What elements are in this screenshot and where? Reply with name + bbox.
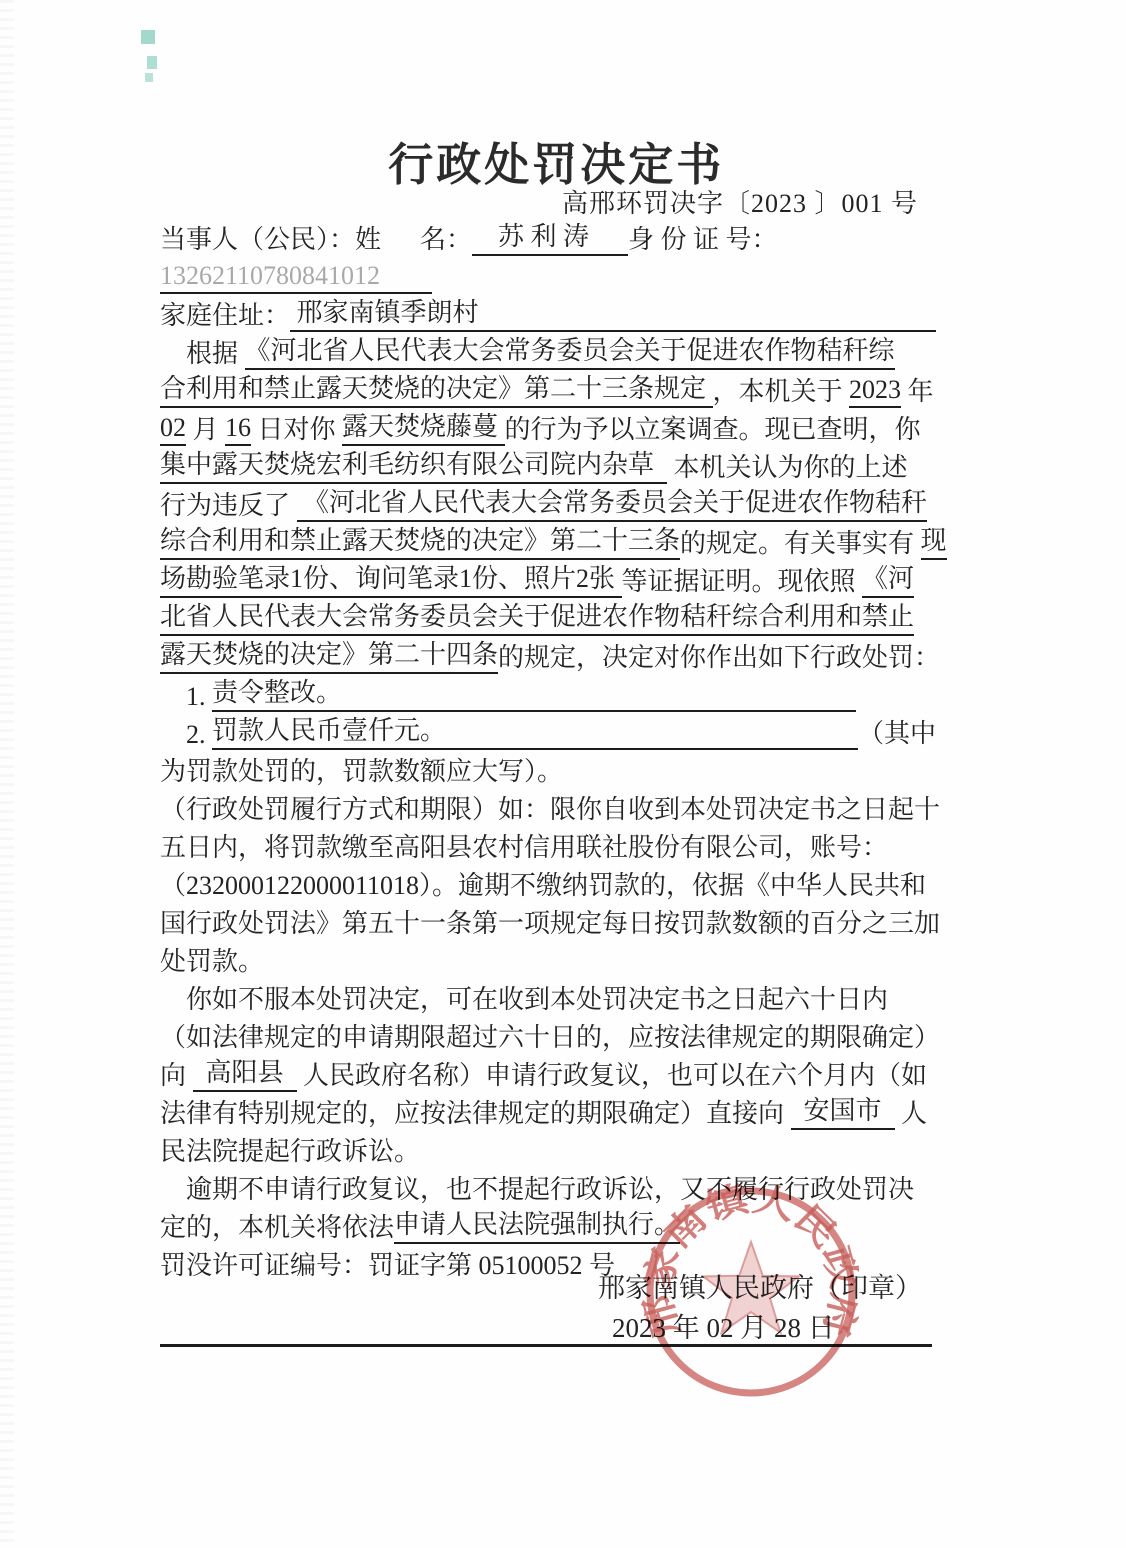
body-line: 当事人（公民）：姓 名： 苏 利 涛 身 份 证 号： (160, 222, 936, 260)
text-run: 人 (895, 1093, 928, 1130)
text-run: 五日内，将罚款缴至高阳县农村信用联社股份有限公司，账号： (160, 827, 888, 864)
underlined-text: 02 (160, 413, 186, 446)
body-line: 定的，本机关将依法申请人民法院强制执行。 (160, 1210, 936, 1248)
text-run: （其中 (858, 713, 936, 750)
text-run: 名： (420, 219, 472, 256)
text-run: 民法院提起行政诉讼。 (160, 1131, 420, 1168)
body-line: 为罚款处罚的，罚款数额应大写）。 (160, 754, 936, 792)
underlined-text: 北省人民代表大会常务委员会关于促进农作物秸秆综合利用和禁止 (160, 596, 914, 636)
text-run: 身 份 证 号： (628, 219, 778, 256)
scan-artifact (141, 30, 155, 44)
body-line: 2. 罚款人民币壹仟元。（其中 (160, 716, 936, 754)
blank-underline (446, 748, 858, 750)
underlined-text: 高阳县 (193, 1052, 297, 1092)
text-run: 处罚款。 (160, 941, 264, 978)
underlined-text: 集中露天焚烧宏利毛纺织有限公司院内杂草 (160, 444, 667, 484)
text-run: ，本机关于 (713, 371, 850, 408)
body-line: 国行政处罚法》第五十一条第一项规定每日按罚款数额的百分之三加 (160, 906, 936, 944)
text-run: 的行为予以立案调查。现已查明，你 (505, 409, 921, 446)
text-run: 2. (160, 720, 212, 750)
text-run: 当事人（公民）：姓 (160, 219, 381, 256)
issuer-name: 邢家南镇人民政府（印章） (598, 1266, 922, 1305)
text-run: 本机关认为你的上述 (667, 447, 908, 484)
underlined-text: 罚款人民币壹仟元。 (212, 710, 446, 750)
body-line: 五日内，将罚款缴至高阳县农村信用联社股份有限公司，账号： (160, 830, 936, 868)
underlined-text: 13262110780841012 (160, 261, 432, 294)
body-line: （232000122000011018）。逾期不缴纳罚款的，依据《中华人民共和 (160, 868, 936, 906)
text-run: 等证据证明。现依照 (622, 561, 863, 598)
underlined-text: 《河北省人民代表大会常务委员会关于促进农作物秸秆综 (245, 330, 895, 370)
underlined-text: 合利用和禁止露天焚烧的决定》第二十三条规定 (160, 368, 713, 408)
text-run: 1. (160, 682, 212, 712)
body-line: 处罚款。 (160, 944, 936, 982)
body-line: 你如不服本处罚决定，可在收到本处罚决定书之日起六十日内 (160, 982, 936, 1020)
body-line: 民法院提起行政诉讼。 (160, 1134, 936, 1172)
text-run: 法律有特别规定的，应按法律规定的期限确定）直接向 (160, 1093, 791, 1130)
text-run: 年 (901, 371, 934, 408)
underlined-text: 邢家南镇季朗村 (290, 292, 479, 332)
document-body: 当事人（公民）：姓 名： 苏 利 涛 身 份 证 号：1326211078084… (160, 222, 936, 1286)
text-run: 的规定。有关事实有 (680, 523, 921, 560)
body-line: 13262110780841012 (160, 260, 936, 298)
underlined-text: 《河北省人民代表大会常务委员会关于促进农作物秸秆 (297, 482, 928, 522)
body-line: 法律有特别规定的，应按法律规定的期限确定）直接向 安国市 人 (160, 1096, 936, 1134)
underlined-text: 露天焚烧的决定》第二十四条 (160, 634, 498, 674)
document-number: 高邢环罚决字〔2023 〕001 号 (562, 183, 918, 220)
text-run: 的规定，决定对你作出如下行政处罚： (498, 637, 940, 674)
text-run (381, 226, 420, 256)
text-run: 行为违反了 (160, 485, 297, 522)
underlined-text: 《河 (862, 558, 914, 598)
body-line: 合利用和禁止露天焚烧的决定》第二十三条规定 ，本机关于 2023 年 (160, 374, 936, 412)
underlined-text: 露天焚烧藤蔓 (342, 406, 505, 446)
underlined-text: 现 (921, 520, 947, 560)
text-run: 国行政处罚法》第五十一条第一项规定每日按罚款数额的百分之三加 (160, 903, 940, 940)
underlined-text: 申请人民法院强制执行。 (394, 1204, 680, 1244)
text-run: 罚没许可证编号：罚证字第 05100052 号 (160, 1245, 615, 1282)
body-line: （行政处罚履行方式和期限）如：限你自收到本处罚决定书之日起十 (160, 792, 936, 830)
text-run: 向 (160, 1055, 193, 1092)
text-run: （232000122000011018）。逾期不缴纳罚款的，依据《中华人民共和 (160, 865, 926, 902)
underlined-text: 场勘验笔录1份、询问笔录1份、照片2张 (160, 558, 622, 598)
text-run: （行政处罚履行方式和期限）如：限你自收到本处罚决定书之日起十 (160, 789, 940, 826)
scan-artifact (145, 73, 153, 82)
document-page: 行政处罚决定书 高邢环罚决字〔2023 〕001 号 当事人（公民）：姓 名： … (0, 0, 1126, 1548)
text-run: 你如不服本处罚决定，可在收到本处罚决定书之日起六十日内 (160, 979, 888, 1016)
underlined-text: 安国市 (791, 1090, 895, 1130)
text-run: 人民政府名称）申请行政复议，也可以在六个月内（如 (297, 1055, 928, 1092)
bottom-rule (160, 1344, 932, 1347)
text-run: 为罚款处罚的，罚款数额应大写）。 (160, 751, 563, 788)
text-run: 逾期不申请行政复议，也不提起行政诉讼，又不履行行政处罚决 (160, 1169, 914, 1206)
underlined-text: 综合利用和禁止露天焚烧的决定》第二十三条 (160, 520, 680, 560)
underlined-text: 苏 利 涛 (472, 216, 628, 256)
text-run: （如法律规定的申请期限超过六十日的，应按法律规定的期限确定） (160, 1017, 940, 1054)
scan-edge-noise (0, 0, 14, 1548)
underlined-text: 2023 (849, 375, 901, 408)
text-run: 定的，本机关将依法 (160, 1207, 394, 1244)
text-run: 月 (186, 409, 225, 446)
scan-artifact (147, 56, 157, 69)
text-run: 日对你 (251, 409, 342, 446)
underlined-text: 责令整改。 (212, 672, 342, 712)
text-run: 根据 (160, 333, 245, 370)
text-run: 家庭住址： (160, 295, 290, 332)
underlined-text: 16 (225, 413, 251, 446)
issue-date: 2023 年 02 月 28 日 (612, 1306, 835, 1345)
